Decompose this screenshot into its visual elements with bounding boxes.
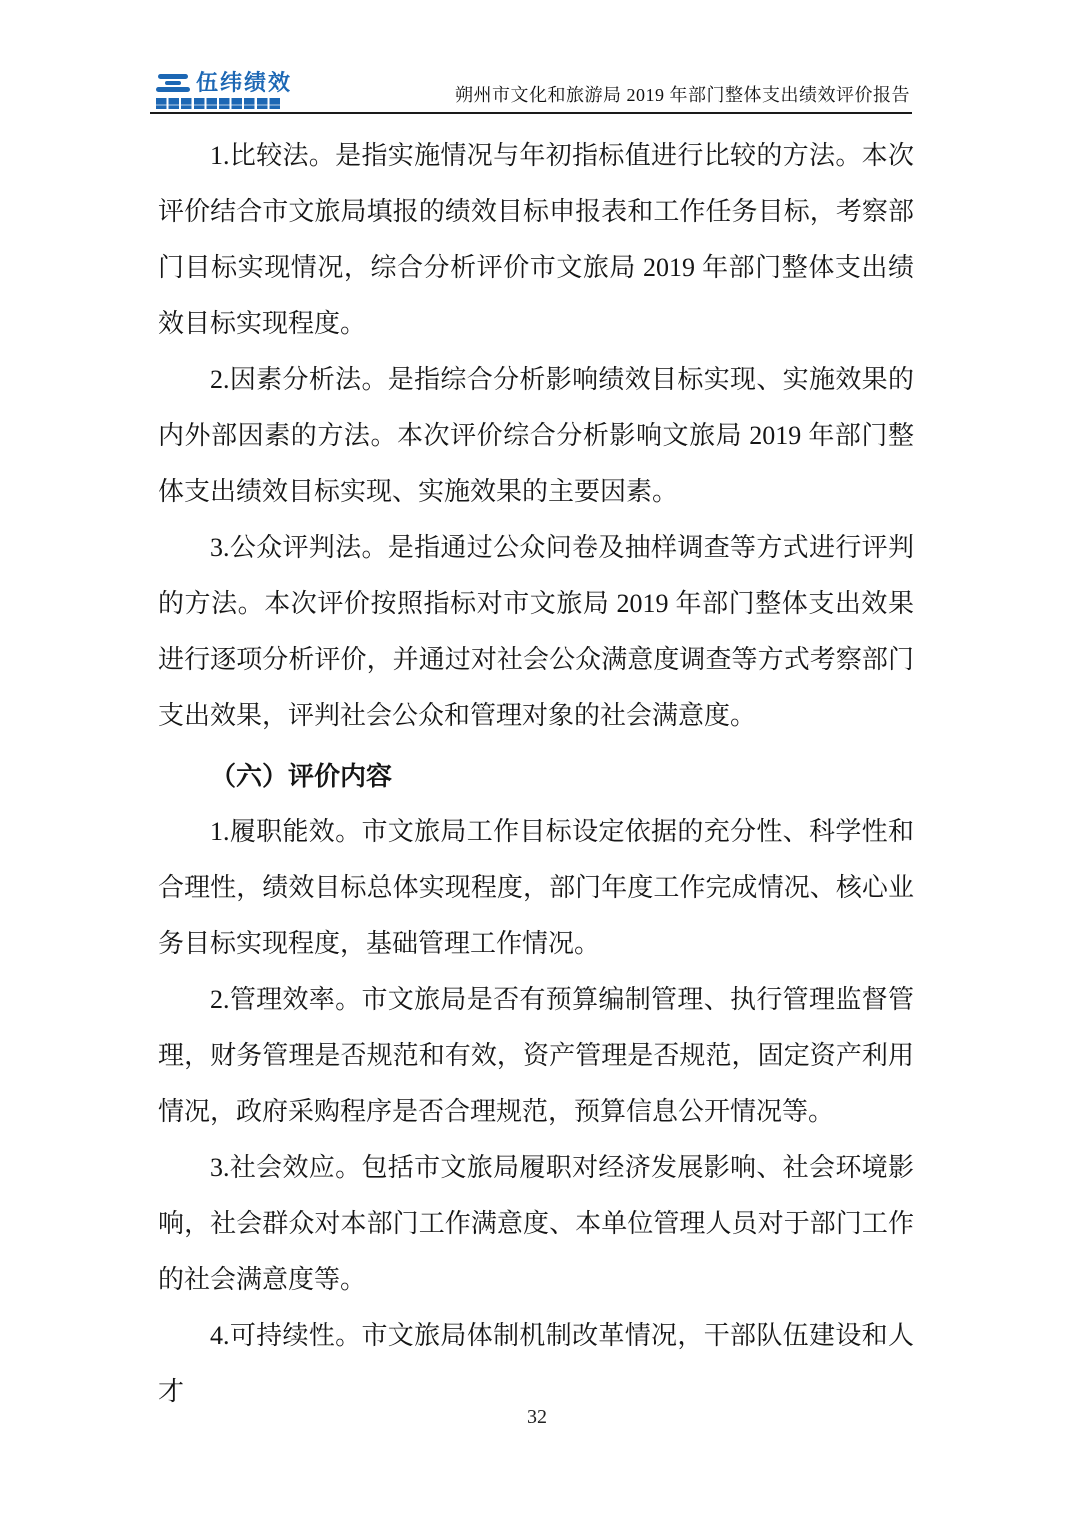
document-page: 伍纬绩效 朔州市文化和旅游局 2019 年部门整体支出绩效评价报告 1.比较法。… xyxy=(0,0,1074,1520)
logo-tagline-blocks xyxy=(156,98,282,109)
page-footer: 32 xyxy=(0,1406,1074,1429)
paragraph-factor-analysis-method: 2.因素分析法。是指综合分析影响绩效目标实现、实施效果的内外部因素的方法。本次评… xyxy=(158,352,914,520)
page-number: 32 xyxy=(527,1406,547,1428)
running-header-title: 朔州市文化和旅游局 2019 年部门整体支出绩效评价报告 xyxy=(455,81,910,107)
paragraph-sustainability: 4.可持续性。市文旅局体制机制改革情况，干部队伍建设和人才 xyxy=(158,1308,914,1420)
paragraph-comparison-method: 1.比较法。是指实施情况与年初指标值进行比较的方法。本次评价结合市文旅局填报的绩… xyxy=(158,128,914,352)
paragraph-social-effect: 3.社会效应。包括市文旅局履职对经济发展影响、社会环境影响，社会群众对本部门工作… xyxy=(158,1140,914,1308)
document-body: 1.比较法。是指实施情况与年初指标值进行比较的方法。本次评价结合市文旅局填报的绩… xyxy=(158,128,914,1420)
company-logo: 伍纬绩效 xyxy=(156,72,292,109)
logo-text: 伍纬绩效 xyxy=(196,72,292,94)
page-header: 伍纬绩效 朔州市文化和旅游局 2019 年部门整体支出绩效评价报告 xyxy=(150,70,912,114)
paragraph-public-judgment-method: 3.公众评判法。是指通过公众问卷及抽样调查等方式进行评判的方法。本次评价按照指标… xyxy=(158,520,914,744)
logo-row: 伍纬绩效 xyxy=(156,72,292,94)
paragraph-duty-performance: 1.履职能效。市文旅局工作目标设定依据的充分性、科学性和合理性，绩效目标总体实现… xyxy=(158,804,914,972)
paragraph-management-efficiency: 2.管理效率。市文旅局是否有预算编制管理、执行管理监督管理，财务管理是否规范和有… xyxy=(158,972,914,1140)
logo-globe-lines-icon xyxy=(156,73,190,94)
section-heading-evaluation-content: （六）评价内容 xyxy=(158,748,914,804)
